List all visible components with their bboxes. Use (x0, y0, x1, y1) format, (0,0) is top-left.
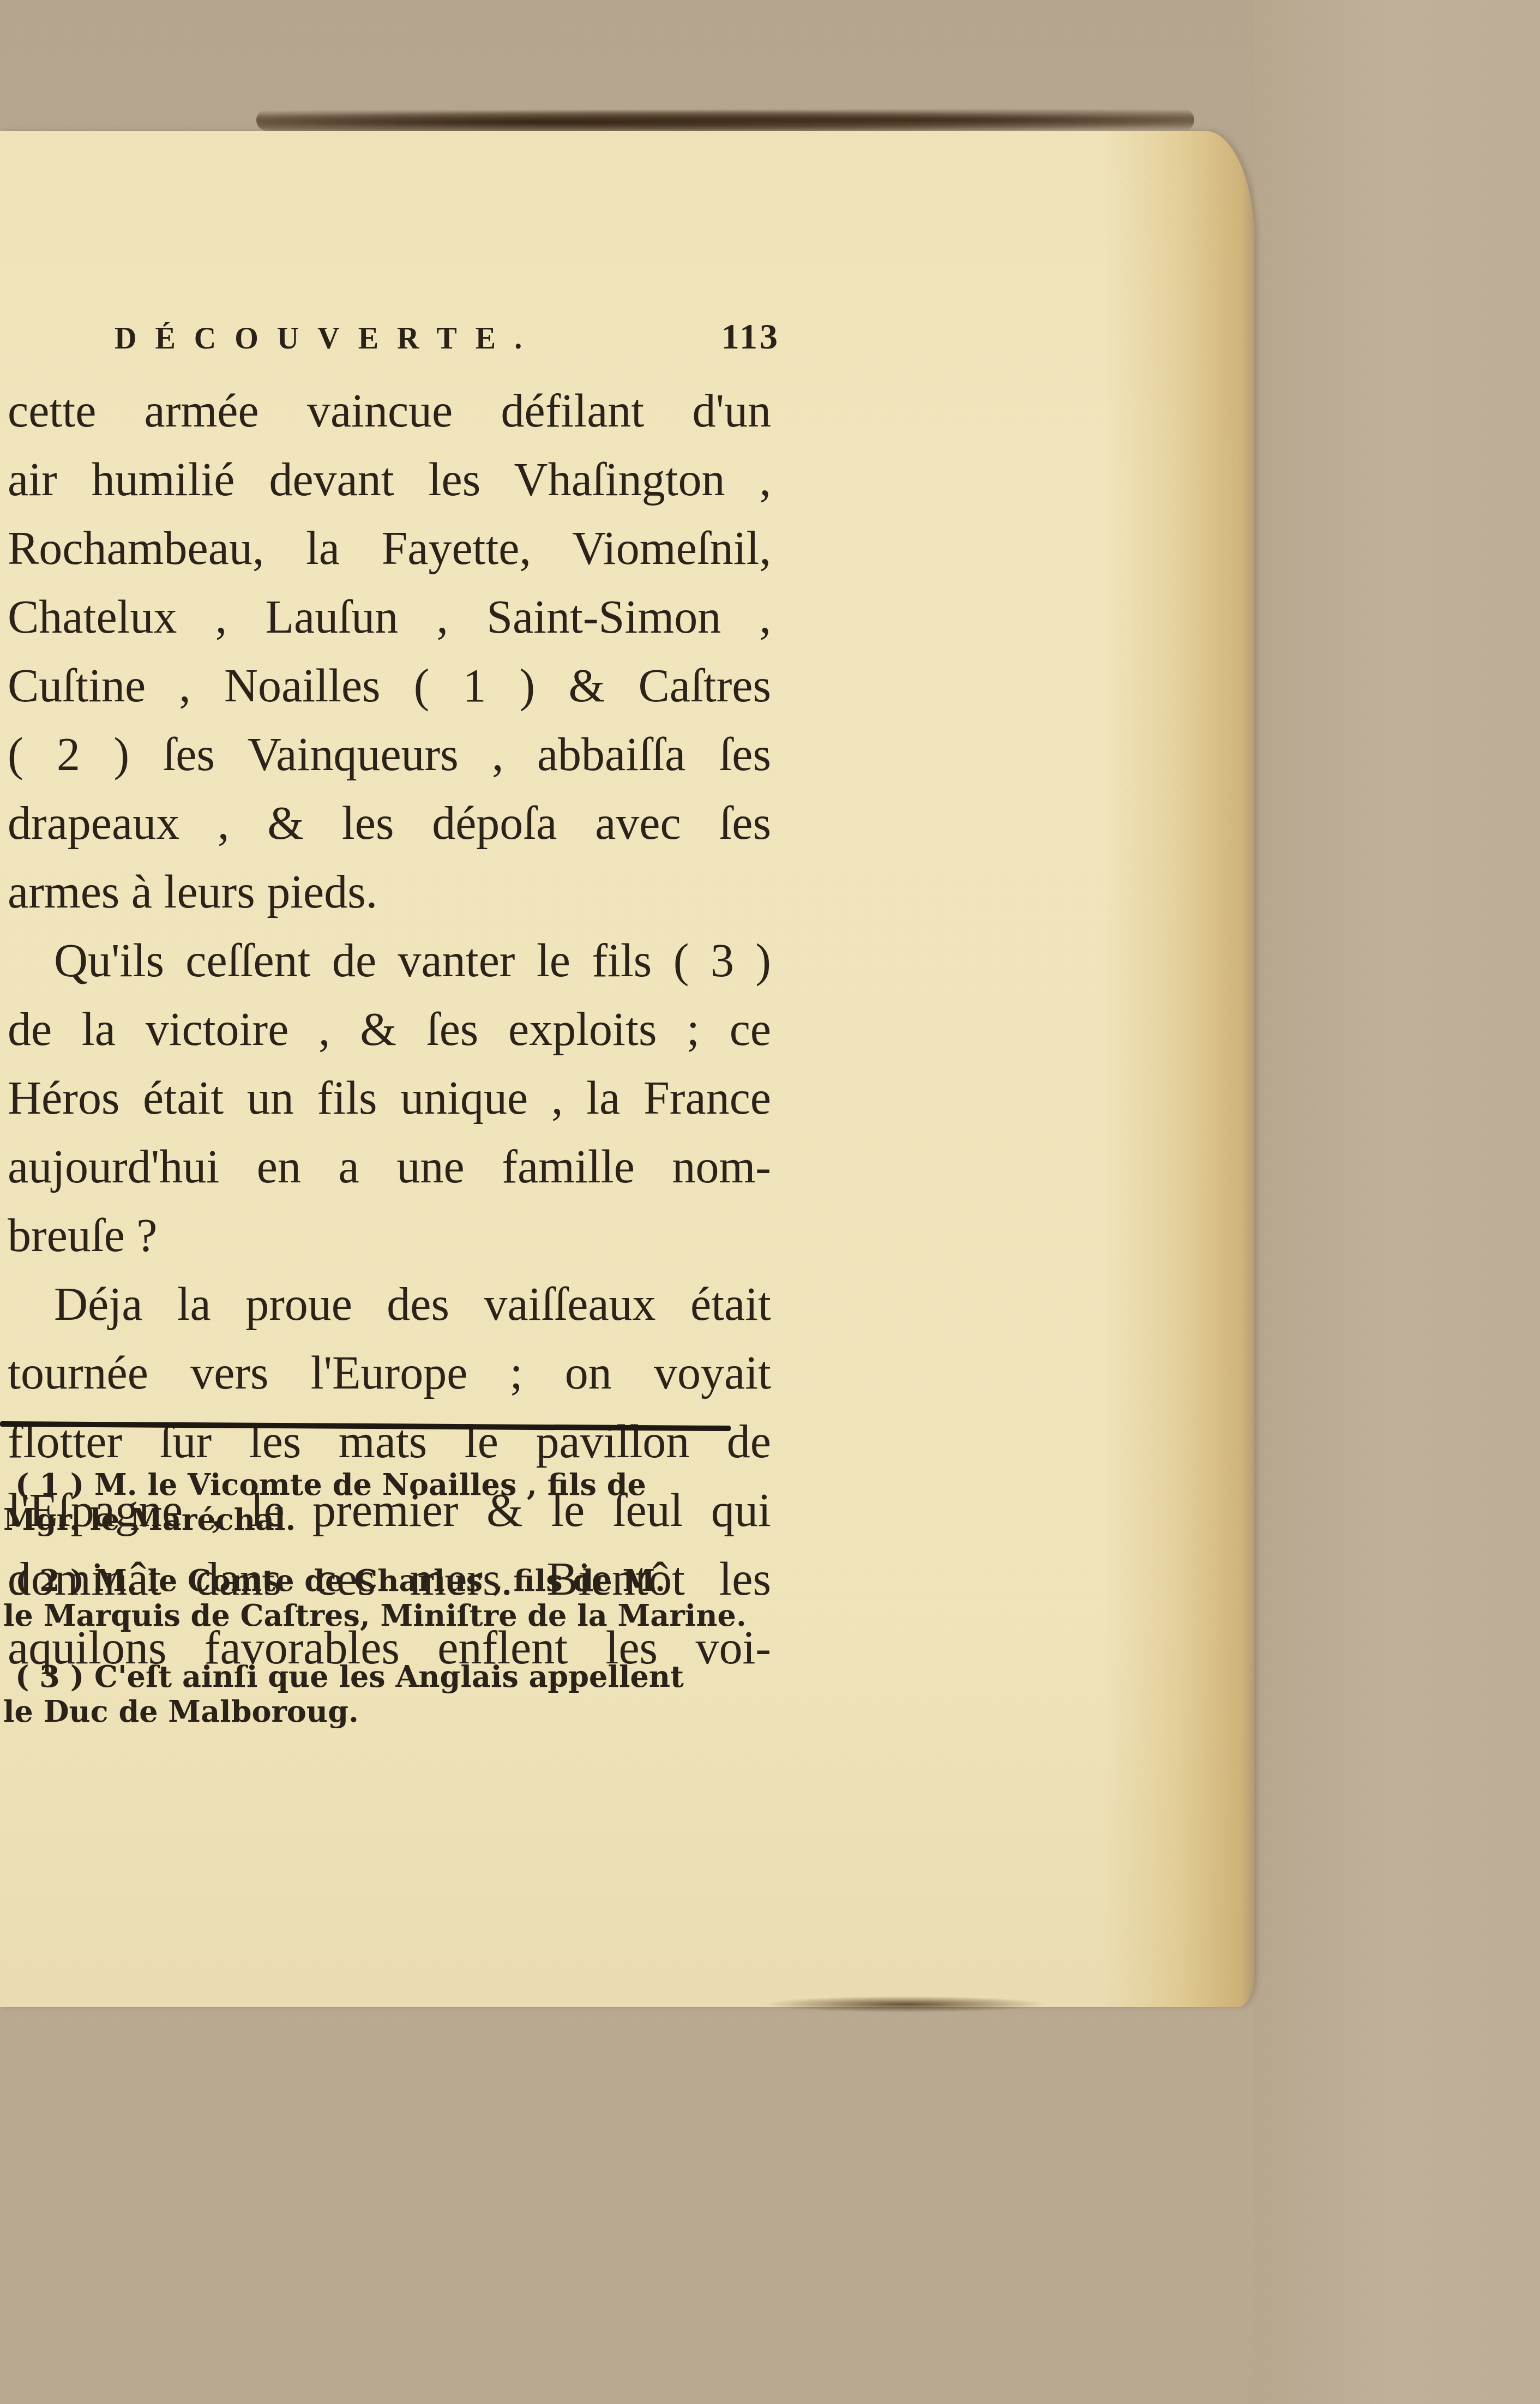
text-line: air humilié devant les Vhaſington , (8, 445, 771, 514)
page-bottom-edge-damage (763, 1996, 1047, 2012)
text-line: ( 2 ) ſes Vainqueurs , abbaiſſa ſes (8, 720, 771, 789)
text-line: flotter ſur les mats le pavillon de (8, 1407, 771, 1476)
footnote-line: ( 1 ) M. le Vicomte de Noailles , fils d… (15, 1467, 762, 1502)
footnote-line: Mgr. le Maréchal. (3, 1502, 762, 1537)
footnote-line: le Marquis de Caſtres, Miniſtre de la Ma… (3, 1598, 762, 1633)
footnote-2: ( 2 ) M. le Comte de Charlus , fils de M… (15, 1563, 762, 1633)
footnote-line: le Duc de Malboroug. (3, 1694, 762, 1729)
page-number: 113 (721, 316, 780, 358)
footnote-line: ( 3 ) C'eſt ainſi que les Anglais appell… (15, 1659, 762, 1694)
text-line: Rochambeau, la Fayette, Viomeſnil, (8, 514, 771, 582)
text-line: armes à leurs pieds. (8, 857, 771, 926)
text-line: de la victoire , & ſes exploits ; ce (8, 995, 771, 1063)
text-line: Cuſtine , Noailles ( 1 ) & Caſtres (8, 651, 771, 720)
text-line: Qu'ils ceſſent de vanter le fils ( 3 ) (8, 926, 771, 995)
text-line: drapeaux , & les dépoſa avec ſes (8, 789, 771, 857)
text-line: Déja la proue des vaiſſeaux était (8, 1270, 771, 1338)
text-line: aujourd'hui en a une famille nom- (8, 1132, 771, 1201)
text-line: tournée vers l'Europe ; on voyait (8, 1338, 771, 1407)
footnotes: ( 1 ) M. le Vicomte de Noailles , fils d… (15, 1467, 762, 1755)
page-header: DÉCOUVERTE. 113 (115, 316, 780, 365)
text-line: Héros était un fils unique , la France (8, 1063, 771, 1132)
text-line: Chatelux , Lauſun , Saint-Simon , (8, 582, 771, 651)
text-line: cette armée vaincue défilant d'un (8, 376, 771, 445)
footnote-3: ( 3 ) C'eſt ainſi que les Anglais appell… (15, 1659, 762, 1729)
text-line: breuſe ? (8, 1201, 771, 1270)
running-head: DÉCOUVERTE. (115, 321, 540, 356)
footnote-1: ( 1 ) M. le Vicomte de Noailles , fils d… (15, 1467, 762, 1537)
scan-background (1254, 0, 1540, 2404)
footnote-line: ( 2 ) M. le Comte de Charlus , fils de M… (15, 1563, 762, 1598)
page-top-edge-damage (256, 109, 1194, 131)
